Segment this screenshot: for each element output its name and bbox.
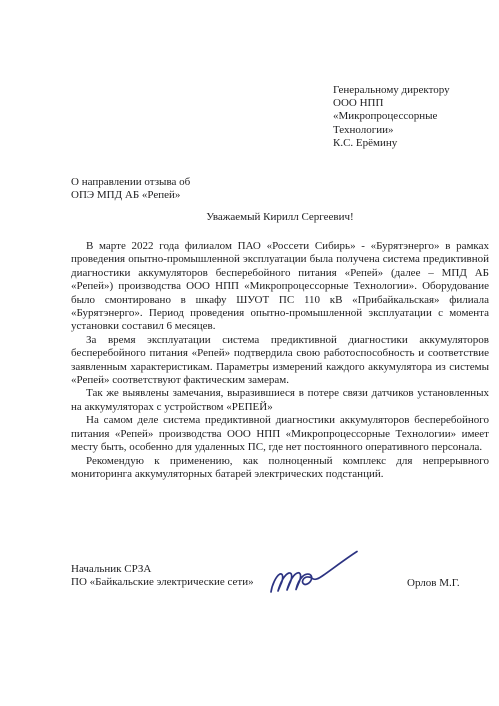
signature-stroke: [271, 552, 357, 593]
recipient-line: К.С. Ерёмину: [333, 137, 450, 150]
body-paragraph: Так же выявлены замечания, выразившиеся …: [71, 387, 489, 414]
subject-line: О направлении отзыва об: [71, 176, 190, 189]
recipient-block: Генеральному директору ООО НПП «Микропро…: [333, 84, 450, 150]
subject-block: О направлении отзыва об ОПЭ МПД АБ «Репе…: [71, 176, 190, 202]
signer-organization: ПО «Байкальские электрические сети»: [71, 576, 254, 589]
body-paragraph: На самом деле система предиктивной диагн…: [71, 414, 489, 454]
signer-name: Орлов М.Г.: [407, 577, 460, 589]
signer-position-title: Начальник СРЗА: [71, 563, 254, 576]
salutation: Уважаемый Кирилл Сергеевич!: [71, 211, 489, 223]
body-paragraph: В марте 2022 года филиалом ПАО «Россети …: [71, 240, 489, 334]
body-paragraph: За время эксплуатации система предиктивн…: [71, 334, 489, 388]
body-paragraph: Рекомендую к применению, как полноценный…: [71, 455, 489, 482]
letter-body: В марте 2022 года филиалом ПАО «Россети …: [71, 240, 489, 481]
signer-title-block: Начальник СРЗА ПО «Байкальские электриче…: [71, 563, 254, 590]
recipient-line: Технологии»: [333, 124, 450, 137]
recipient-line: «Микропроцессорные: [333, 110, 450, 123]
subject-line: ОПЭ МПД АБ «Репей»: [71, 189, 190, 202]
handwritten-signature-icon: [266, 548, 366, 600]
recipient-line: ООО НПП: [333, 97, 450, 110]
letter-page: Генеральному директору ООО НПП «Микропро…: [0, 0, 499, 706]
recipient-line: Генеральному директору: [333, 84, 450, 97]
